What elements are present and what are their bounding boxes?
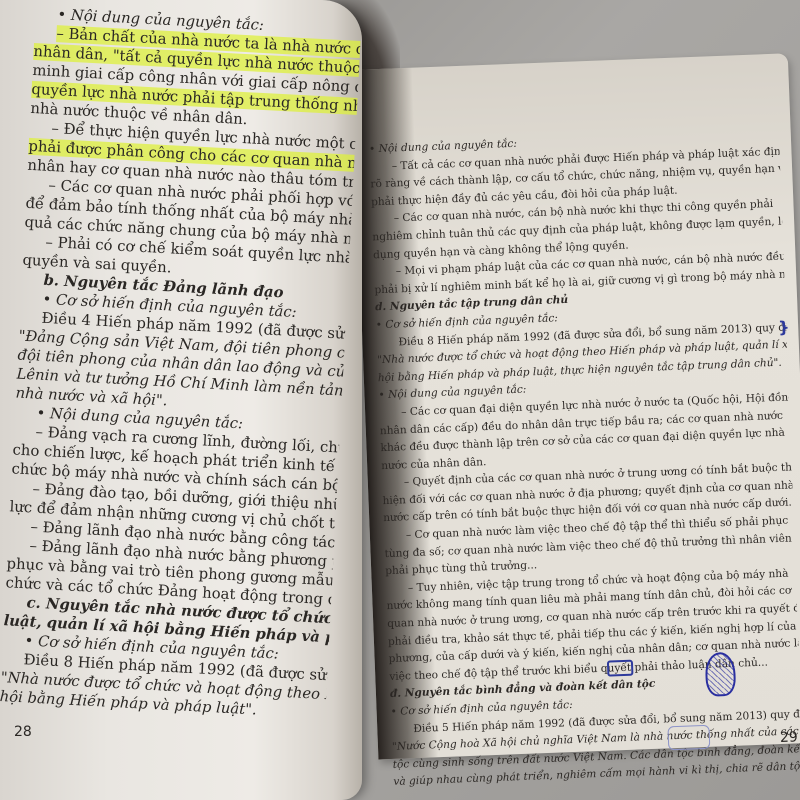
ink-doodle-box — [607, 660, 634, 677]
left-page: • Nội dung của nguyên tắc: – Bản chất củ… — [0, 0, 362, 800]
page-number-left: 28 — [14, 724, 32, 740]
right-page-text: • Nội dung của nguyên tắc: – Tất cả các … — [369, 126, 800, 792]
page-number-right: 29 — [780, 729, 798, 746]
left-page-text: • Nội dung của nguyên tắc: – Bản chất củ… — [0, 4, 362, 723]
ink-bracket-mark: } — [778, 317, 790, 336]
right-page: • Nội dung của nguyên tắc: – Tất cả các … — [352, 53, 800, 759]
faint-ink-doodle — [667, 725, 710, 751]
